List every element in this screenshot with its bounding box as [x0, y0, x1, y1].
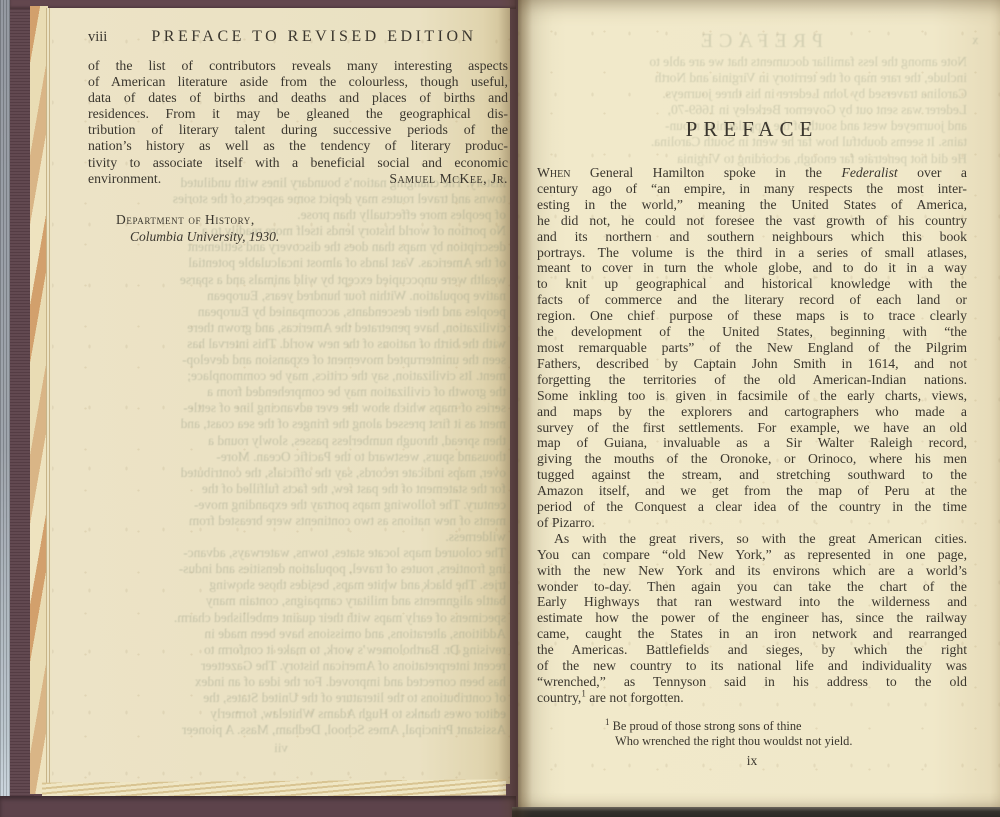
ghost-line: tries. The black and white maps, besides…: [82, 577, 506, 593]
chapter-title: PREFACE: [537, 117, 967, 141]
body-line: map of Guiana, invaluable as a Sir Walte…: [537, 435, 967, 451]
body-line: tugged against the stream, and stretchin…: [537, 467, 967, 483]
body-line: esting in the world,” meaning the United…: [537, 197, 967, 213]
bleedthrough-folio-left: vii: [52, 740, 510, 756]
left-page: history. The changing nation’s boundary …: [52, 8, 510, 784]
body-line: most remarquable parts” of the New Engla…: [537, 340, 967, 356]
footnote-text: Be proud of those strong sons of thine: [610, 719, 802, 733]
ghost-line: with the birth of nations of the new wor…: [82, 336, 506, 352]
body-line-short: of Pizarro.: [537, 515, 967, 531]
page-number-left: viii: [88, 29, 134, 46]
left-page-body: of the list of contributors reveals many…: [88, 58, 508, 171]
body-line: facts of commerce and the literary recor…: [537, 292, 967, 308]
body-line: Fathers, described by Captain John Smith…: [537, 356, 967, 372]
body-line: wonder to-day. Then again you can take t…: [537, 579, 967, 595]
body-line: residences. From it may be gleaned the g…: [88, 106, 508, 122]
footnote-block: 1 Be proud of those strong sons of thine…: [605, 719, 967, 750]
body-line: the Americas. Battlefields and sieges, b…: [537, 642, 967, 658]
running-head: PREFACE TO REVISED EDITION: [134, 28, 508, 46]
ghost-line: Note among the less familiar documents t…: [537, 54, 967, 70]
ghost-line: Lederer was sent out by Governor Berkele…: [537, 102, 967, 118]
ghost-line: editor owes thanks to Hugh Adams Whitela…: [82, 706, 506, 722]
body-line: period of the Conquest a clear idea of t…: [537, 499, 967, 515]
body-line: to knit up geographical and historical k…: [537, 276, 967, 292]
body-line: century ago of “an empire, in many respe…: [537, 181, 967, 197]
ghost-line: ment. Its civilization, say the critics,…: [82, 368, 506, 384]
body-line: the development of the United States, be…: [537, 324, 967, 340]
ghost-line: seen the uninterrupted movement of expan…: [82, 352, 506, 368]
ghost-line: ing frontiers, routes of travel, populat…: [82, 561, 506, 577]
ghost-line: of the Americas. Vast lands of almost in…: [82, 255, 506, 271]
ghost-line: civilization, have penetrated the Americ…: [82, 320, 506, 336]
ghost-line: recent interpretations of American histo…: [82, 658, 506, 674]
affiliation-university: Columbia University, 1930.: [130, 228, 508, 245]
page-number-right: ix: [537, 753, 967, 769]
body-line-end: environment.: [88, 171, 161, 187]
right-page: PREFACE x Note among the less familiar d…: [518, 0, 1000, 807]
body-text: country,: [537, 690, 581, 705]
body-line: of the list of contributors reveals many…: [88, 58, 508, 74]
ghost-line: over, maps indicate records, say the off…: [82, 465, 506, 481]
body-line: meant to cover in turn the whole globe, …: [537, 260, 967, 276]
right-page-text-block: PREFACE When General Hamilton spoke in t…: [537, 117, 967, 769]
body-line-last: country,1 are not forgotten.: [537, 690, 967, 706]
ghost-line: ments of new nations as two continents w…: [82, 513, 506, 529]
footnote-line-2: Who wrenched the right thou wouldst not …: [605, 734, 967, 750]
ghost-line: wilderness.: [82, 529, 506, 545]
bleedthrough-folio-right: x: [972, 32, 979, 48]
body-line: estimate how the power of the engineer h…: [537, 610, 967, 626]
affiliation-department: Department of History,: [116, 211, 508, 228]
ghost-line: native population. Within four hundred y…: [82, 288, 506, 304]
body-line: of American literature aside from the co…: [88, 74, 508, 90]
body-line: and maps by the explorers and cartograph…: [537, 404, 967, 420]
ghost-line: wealth were unoccupied except by wild an…: [82, 272, 506, 288]
body-line: portrays. The volume is the third in a s…: [537, 245, 967, 261]
ghost-line: then spread, through numberless passes, …: [82, 433, 506, 449]
body-line: “wrenched,” as Tennyson said in his addr…: [537, 674, 967, 690]
bleedthrough-title-right: PREFACE: [518, 30, 1000, 53]
fore-edge-cloth-strip: [0, 0, 10, 817]
body-line: Some inkling too is given in facsimile o…: [537, 388, 967, 404]
ghost-line: has been corrected and improved. For the…: [82, 674, 506, 690]
ghost-line: the growth of civilization may be compre…: [82, 384, 506, 400]
lead-word-smallcaps: When: [537, 165, 570, 180]
ghost-line: Carolina traversed by John Lederer in hi…: [537, 86, 967, 102]
body-line: giving the mouths of the Oronoke, or Ori…: [537, 451, 967, 467]
body-line: tribution of literary talent during succ…: [88, 122, 508, 138]
ghost-line: for the statement of the past few, the f…: [82, 481, 506, 497]
ghost-line: specimens of early maps with their quain…: [82, 610, 506, 626]
ghost-line: of contributions to the literature of th…: [82, 690, 506, 706]
ghost-line: century. The following maps portray the …: [82, 497, 506, 513]
right-page-body: When General Hamilton spoke in the Feder…: [537, 165, 967, 706]
body-line: he did not, he could not foresee the vas…: [537, 213, 967, 229]
body-line: with the new New York and its environs w…: [537, 563, 967, 579]
ghost-line: ment as it first pressed along the fring…: [82, 416, 506, 432]
body-line: tivity to associate itself with a benefi…: [88, 155, 508, 171]
left-page-header: viii PREFACE TO REVISED EDITION: [88, 28, 508, 48]
body-line: came, caught the States in an iron netwo…: [537, 626, 967, 642]
body-text: General Hamilton spoke in the: [570, 165, 841, 180]
book-spread: history. The changing nation’s boundary …: [0, 0, 1000, 817]
book-cover-bottom-edge: [0, 796, 516, 817]
body-line-with-signature: environment. Samuel McKee, Jr.: [88, 171, 508, 187]
body-line: and its northern and southern neighbours…: [537, 229, 967, 245]
ghost-line: The coloured maps locate states, towns, …: [82, 545, 506, 561]
body-line: Early Highways that ran westward into th…: [537, 594, 967, 610]
ghost-line: battle alignments and military campaigns…: [82, 593, 506, 609]
body-line: nation’s history as well as the tendency…: [88, 138, 508, 154]
body-lines-b: You can compare “old New York,” as repre…: [537, 547, 967, 690]
body-line: data of dates of births and deaths and p…: [88, 90, 508, 106]
body-line: region. One chief purpose of these maps …: [537, 308, 967, 324]
ghost-line: include, the rare map of the territory i…: [537, 70, 967, 86]
body-line: Amazon itself, and we get from the map o…: [537, 483, 967, 499]
body-line: forgetting the territories of the old Am…: [537, 372, 967, 388]
italic-title-federalist: Federalist: [841, 165, 897, 180]
ghost-line: peoples and their descendants, accompani…: [82, 304, 506, 320]
left-page-text-block: viii PREFACE TO REVISED EDITION of the l…: [88, 28, 508, 245]
affiliation-block: Department of History, Columbia Universi…: [116, 211, 508, 245]
bleedthrough-text-left: history. The changing nation’s boundary …: [82, 175, 506, 738]
ghost-line: series of maps which show the ever advan…: [82, 400, 506, 416]
author-signature: Samuel McKee, Jr.: [389, 171, 508, 187]
body-line: You can compare “old New York,” as repre…: [537, 547, 967, 563]
body-line: survey of the first settlements. For exa…: [537, 420, 967, 436]
ghost-line: thousand spurs, westward to the Pacific …: [82, 449, 506, 465]
body-line: of the new country to its national life …: [537, 658, 967, 674]
footnote-line-1: 1 Be proud of those strong sons of thine: [605, 719, 967, 735]
body-line-indent: As with the great rivers, so with the gr…: [537, 531, 967, 547]
body-text: over a: [898, 165, 967, 180]
body-line-first: When General Hamilton spoke in the Feder…: [537, 165, 967, 181]
body-lines-a: century ago of “an empire, in many respe…: [537, 181, 967, 515]
ghost-line: revising Dr. Bartholomew’s work, to make…: [82, 642, 506, 658]
ghost-line: Assistant Principal, Ames School, Dedham…: [82, 722, 506, 738]
ghost-line: Additions, alterations, and omissions ha…: [82, 626, 506, 642]
body-text: are not forgotten.: [586, 690, 684, 705]
bottom-dark-band: [512, 807, 1000, 817]
